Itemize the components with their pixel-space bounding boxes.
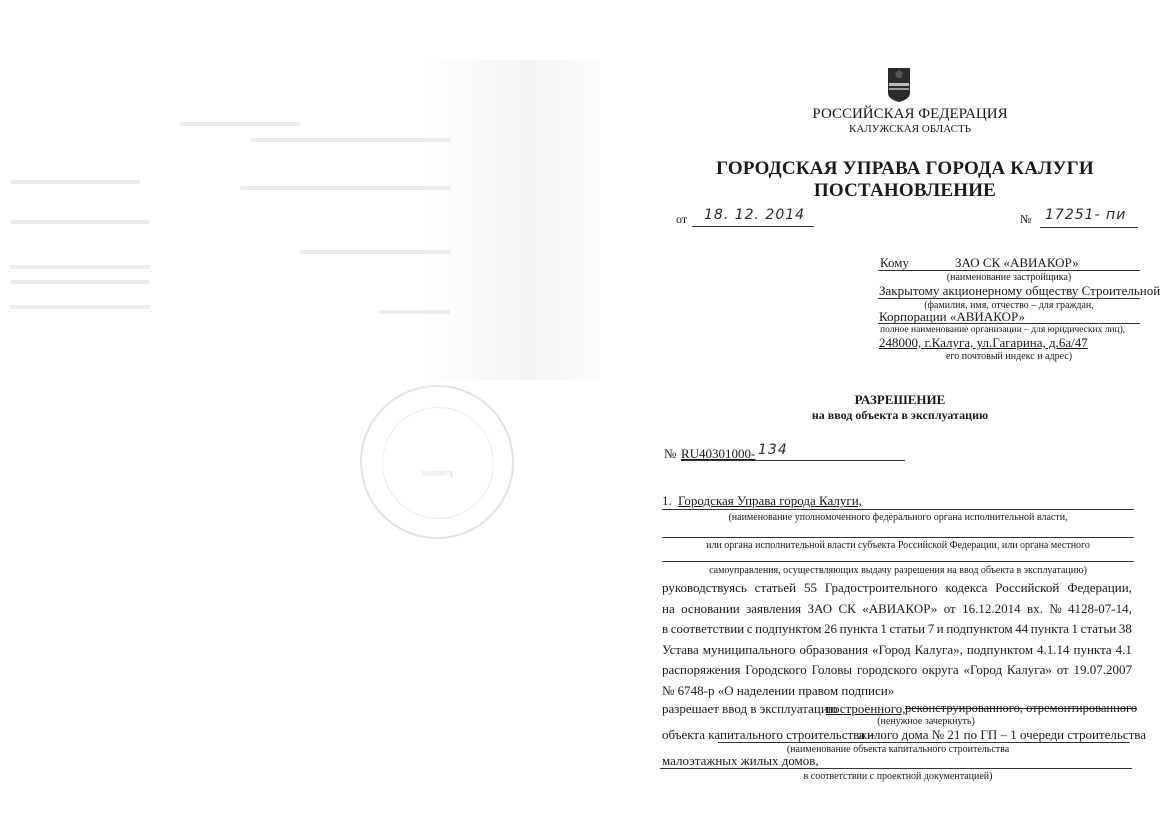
- document-type-heading: ПОСТАНОВЛЕНИЕ: [660, 180, 1150, 202]
- paragraph-line: № 6748-р «О наделении правом подписи»: [662, 681, 1134, 702]
- paragraph-word: пункта: [840, 619, 878, 640]
- permit-title: РАЗРЕШЕНИЕ: [650, 392, 1150, 408]
- paragraph-word: основании: [681, 599, 740, 620]
- authority-heading: ГОРОДСКАЯ УПРАВА ГОРОДА КАЛУГИ: [660, 158, 1150, 180]
- paragraph-line: Уставамуниципальногообразования«ГородКал…: [662, 640, 1132, 661]
- paragraph-line: руководствуясьстатьей55Градостроительног…: [662, 578, 1132, 599]
- full-name-caption2: полное наименование организации – для юр…: [880, 325, 1125, 335]
- paragraph-word: СК: [839, 599, 856, 620]
- permit-number-value: 134: [758, 442, 788, 458]
- paragraph-word: Калуга»: [1007, 660, 1052, 681]
- paragraph-word: 1: [880, 619, 887, 640]
- paragraph-word: Городского: [745, 660, 807, 681]
- paragraph-word: Головы: [812, 660, 853, 681]
- issuer-caption-1: (наименование уполномоченного федерально…: [662, 512, 1134, 523]
- paragraph-word: распоряжения: [662, 660, 740, 681]
- paragraph-word: от: [1057, 660, 1069, 681]
- paragraph-word: статьи: [1081, 619, 1117, 640]
- paragraph-word: 1: [1072, 619, 1079, 640]
- paragraph-word: муниципального: [703, 640, 796, 661]
- paragraph-word: №: [1049, 599, 1061, 620]
- paragraph-word: статьи: [889, 619, 925, 640]
- options-caption: (ненужное зачеркнуть): [826, 716, 1026, 727]
- number-label: №: [1020, 212, 1031, 227]
- issuer-caption-2: или органа исполнительной власти субъект…: [662, 540, 1134, 551]
- object-prefix: объекта капитального строительства –: [662, 727, 875, 743]
- paragraph-word: 4.1.14: [1037, 640, 1070, 661]
- paragraph-word: Градостроительного: [825, 578, 938, 599]
- issuer-caption-3: самоуправления, осуществляющих выдачу ра…: [662, 565, 1134, 576]
- paragraph-word: Калуга»,: [915, 640, 963, 661]
- developer-address: 248000, г.Калуга, ул.Гагарина, д.6а/47: [879, 335, 1088, 351]
- paragraph-word: кодекса: [946, 578, 988, 599]
- addressee-label: Кому: [880, 255, 909, 271]
- paragraph-word: и: [937, 619, 944, 640]
- paragraph-word: вх.: [1027, 599, 1043, 620]
- paragraph-word: ЗАО: [808, 599, 833, 620]
- struck-options: реконструированного, отремонтированного: [905, 701, 1137, 716]
- object-name-continued: малоэтажных жилых домов,: [662, 753, 819, 769]
- paragraph-word: соответствии: [671, 619, 744, 640]
- seal-inner-ring: [382, 407, 494, 519]
- paragraph-word: 38: [1119, 619, 1132, 640]
- paragraph-word: 4128-07-14,: [1068, 599, 1132, 620]
- paragraph-word: Федерации,: [1067, 578, 1132, 599]
- paragraph-word: пункта: [1031, 619, 1069, 640]
- permits-prefix: разрешает ввод в эксплуатацию: [662, 701, 838, 717]
- paragraph-word: заявления: [746, 599, 801, 620]
- section-index: 1.: [662, 493, 672, 509]
- paragraph-word: 26: [824, 619, 837, 640]
- country-heading: РОССИЙСКАЯ ФЕДЕРАЦИЯ: [780, 106, 1040, 123]
- permit-subtitle: на ввод объекта в эксплуатацию: [650, 408, 1150, 423]
- paragraph-word: подпунктом: [946, 619, 1012, 640]
- number-value: 17251- пи: [1045, 207, 1126, 223]
- paragraph-word: 7: [928, 619, 935, 640]
- paragraph-word: статьей: [755, 578, 796, 599]
- paragraph-word: 19.07.2007: [1074, 660, 1133, 681]
- paragraph-word: Российской: [995, 578, 1059, 599]
- paragraph-word: округа: [922, 660, 959, 681]
- object-caption-2: в соответствии с проектной документацией…: [662, 771, 1134, 782]
- paragraph-word: 44: [1015, 619, 1028, 640]
- date-label: от: [676, 212, 687, 227]
- date-value: 18. 12. 2014: [704, 207, 805, 223]
- paragraph-word: «Город: [872, 640, 911, 661]
- paragraph-line: наоснованиизаявленияЗАОСК«АВИАКОР»от16.1…: [662, 599, 1132, 620]
- region-heading: КАЛУЖСКАЯ ОБЛАСТЬ: [780, 123, 1040, 135]
- scan-shadow: [420, 60, 600, 380]
- issuing-authority: Городская Управа города Калуги,: [678, 493, 862, 509]
- paragraph-line: всоответствиисподпунктом26пункта1статьи7…: [662, 619, 1132, 640]
- permit-number-label: №: [664, 446, 676, 462]
- paragraph-line: распоряженияГородскогоГоловыгородскогоок…: [662, 660, 1132, 681]
- paragraph-word: Устава: [662, 640, 699, 661]
- paragraph-word: 55: [804, 578, 817, 599]
- paragraph-word: руководствуясь: [662, 578, 747, 599]
- seal-text: Комитет: [362, 469, 512, 479]
- kept-option: построенного,: [826, 701, 906, 717]
- developer-caption: (наименование застройщика): [878, 272, 1140, 283]
- coat-of-arms-icon: [887, 67, 911, 103]
- paragraph-word: в: [662, 619, 668, 640]
- paragraph-word: «АВИАКОР»: [862, 599, 937, 620]
- object-name: жилого дома № 21 по ГП – 1 очереди строи…: [858, 727, 1146, 743]
- paragraph-word: городского: [857, 660, 917, 681]
- developer-name: ЗАО СК «АВИАКОР»: [955, 255, 1079, 271]
- developer-full-name-line1: Закрытому акционерному обществу Строител…: [879, 283, 1160, 299]
- paragraph-word: образования: [799, 640, 868, 661]
- paragraph-word: 4.1: [1116, 640, 1132, 661]
- legal-basis-paragraph: руководствуясьстатьей55Градостроительног…: [662, 578, 1134, 701]
- official-seal: Комитет: [360, 385, 514, 539]
- paragraph-word: на: [662, 599, 675, 620]
- paragraph-word: № 6748-р «О наделении правом подписи»: [662, 683, 894, 698]
- paragraph-word: от: [944, 599, 956, 620]
- paragraph-word: 16.12.2014: [962, 599, 1021, 620]
- paragraph-word: пункта: [1074, 640, 1112, 661]
- paragraph-word: подпунктом: [755, 619, 821, 640]
- address-caption: его почтовый индекс и адрес): [878, 351, 1140, 362]
- paragraph-word: с: [747, 619, 753, 640]
- paragraph-word: «Город: [963, 660, 1002, 681]
- paragraph-word: подпунктом: [967, 640, 1033, 661]
